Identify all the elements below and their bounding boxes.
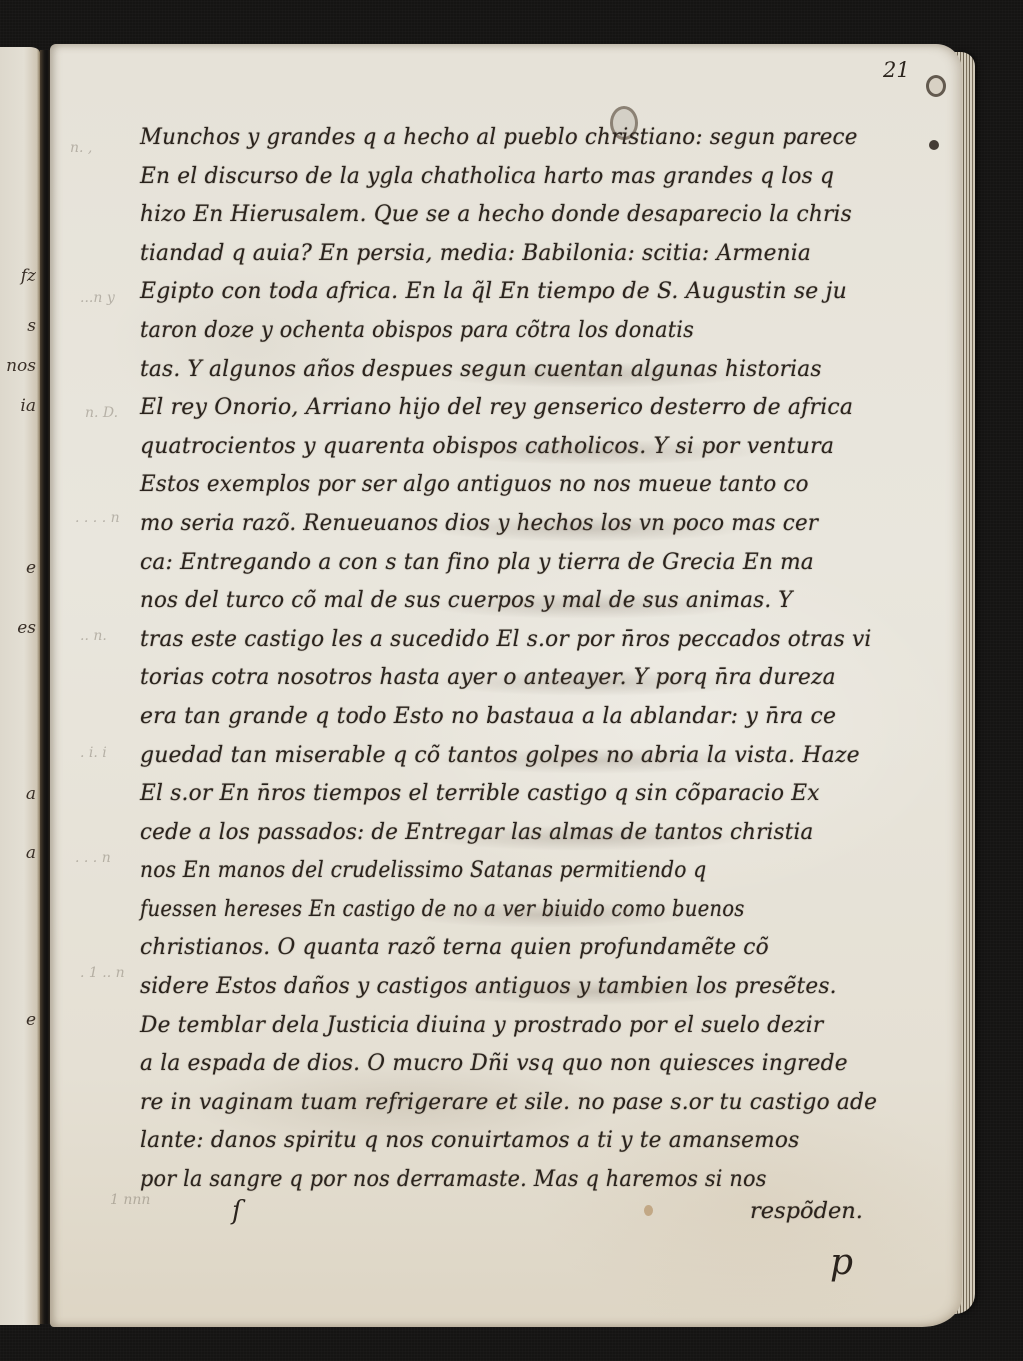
stain-mark	[644, 1205, 653, 1216]
manuscript-line: De temblar dela Justicia diuina y prostr…	[140, 1012, 910, 1051]
manuscript-line: En el discurso de la ygla chatholica har…	[140, 163, 910, 202]
margin-show-through: . i. i	[80, 745, 107, 761]
manuscript-line: cede a los passados: de Entregar las alm…	[140, 819, 900, 858]
verso-margin-fragment: ia	[20, 398, 36, 415]
verso-margin-fragment: a	[26, 786, 36, 803]
catchword: p	[830, 1242, 853, 1283]
margin-show-through: . . . . n	[75, 510, 120, 526]
margin-show-through: . . . n	[75, 850, 111, 866]
manuscript-line: nos En manos del crudelissimo Satanas pe…	[140, 857, 860, 896]
manuscript-line: Egipto con toda africa. En la q̃l En tie…	[140, 278, 920, 317]
manuscript-line: torias cotra nosotros hasta ayer o antea…	[140, 664, 910, 703]
manuscript-line: christianos. O quanta razõ terna quien p…	[140, 934, 910, 973]
verso-margin-fragment: nos	[6, 358, 36, 375]
scan-background: fzsnosiaeesaae 21 n. , ...n y n. D. . . …	[0, 0, 1023, 1361]
manuscript-line: fuessen hereses En castigo de no a ver b…	[140, 896, 840, 935]
manuscript-line: tras este castigo les a sucedido El s.or…	[140, 626, 910, 665]
verso-margin-fragment: e	[26, 560, 36, 577]
margin-show-through: n. ,	[70, 140, 92, 156]
manuscript-line: El s.or En n̄ros tiempos el terrible cas…	[140, 780, 910, 819]
manuscript-line: era tan grande q todo Esto no bastaua a …	[140, 703, 920, 742]
manuscript-line: lante: danos spiritu q nos conuirtamos a…	[140, 1127, 910, 1166]
manuscript-line: mo seria razõ. Renueuanos dios y hechos …	[140, 510, 900, 549]
left-page-edge: fzsnosiaeesaae	[0, 47, 40, 1325]
margin-show-through: .. n.	[80, 628, 107, 644]
manuscript-line: ca: Entregando a con s tan fino pla y ti…	[140, 549, 910, 588]
manuscript-line: El rey Onorio, Arriano hijo del rey gens…	[140, 394, 920, 433]
manuscript-line: Estos exemplos por ser algo antiguos no …	[140, 471, 900, 510]
manuscript-line: sidere Estos daños y castigos antiguos y…	[140, 973, 910, 1012]
manuscript-line: tiandad q auia? En persia, media: Babilo…	[140, 240, 910, 279]
manuscript-line: taron doze y ochenta obispos para cõtra …	[140, 317, 880, 356]
margin-show-through: n. D.	[85, 405, 118, 421]
verso-margin-fragment: a	[26, 845, 36, 862]
manuscript-line: nos del turco cõ mal de sus cuerpos y ma…	[140, 587, 900, 626]
manuscript-line: guedad tan miserable q cõ tantos golpes …	[140, 742, 920, 781]
manuscript-line: tas. Y algunos años despues segun cuenta…	[140, 356, 910, 395]
manuscript-line: quatrocientos y quarenta obispos catholi…	[140, 433, 920, 472]
manuscript-line: hizo En Hierusalem. Que se a hecho donde…	[140, 201, 910, 240]
manuscript-line: a la espada de dios. O mucro Dñi vsq quo…	[140, 1050, 910, 1089]
manuscript-text-block: Munchos y grandes q a hecho al pueblo ch…	[140, 124, 940, 1205]
closing-word: respõden.	[750, 1198, 863, 1224]
stain-mark	[926, 75, 946, 97]
verso-margin-fragment: s	[27, 318, 36, 335]
folio-number: 21	[883, 58, 910, 82]
verso-margin-fragment: es	[17, 620, 36, 637]
margin-show-through: . 1 .. n	[80, 965, 125, 981]
flourish-mark: ſ	[232, 1196, 242, 1226]
manuscript-line: re in vaginam tuam refrigerare et sile. …	[140, 1089, 910, 1128]
verso-margin-fragment: fz	[21, 268, 36, 285]
manuscript-line: Munchos y grandes q a hecho al pueblo ch…	[140, 124, 900, 163]
verso-margin-fragment: e	[26, 1012, 36, 1029]
margin-show-through: ...n y	[80, 290, 115, 306]
